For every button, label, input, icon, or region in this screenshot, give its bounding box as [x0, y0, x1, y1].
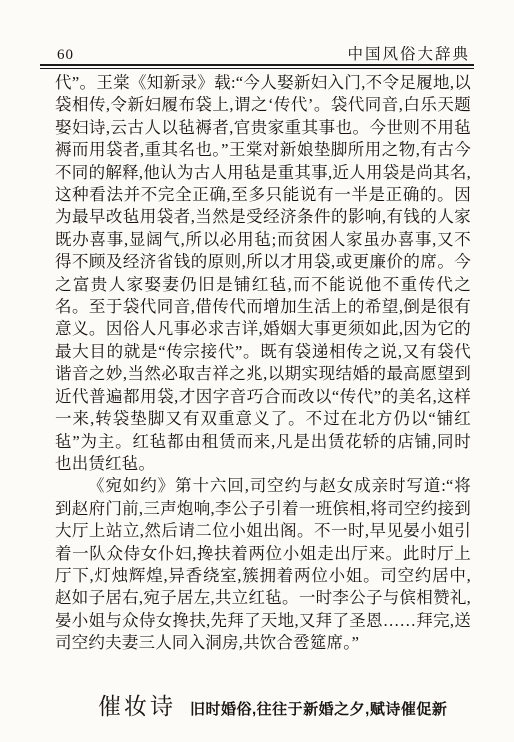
page-header: 60 中国风俗大辞典 — [57, 42, 470, 64]
entry-paragraph-continuation: 代”。王棠《知新录》载:“今人娶新妇入门,不令足履地,以袋相传,令新妇履布袋上,… — [55, 72, 471, 475]
dictionary-page: 60 中国风俗大辞典 代”。王棠《知新录》载:“今人娶新妇入门,不令足履地,以袋… — [0, 0, 514, 742]
entry-definition-start: 旧时婚俗,往往于新婚之夕,赋诗催促新 — [190, 700, 447, 720]
entry-body: 代”。王棠《知新录》载:“今人娶新妇入门,不令足履地,以袋相传,令新妇履布袋上,… — [55, 72, 471, 655]
page-number: 60 — [57, 47, 74, 64]
entry-paragraph-quotation: 《宛如约》第十六回,司空约与赵女成亲时写道:“将到赵府门前,三声炮响,李公子引着… — [55, 475, 471, 654]
header-rule — [40, 64, 474, 69]
entry-headword: 催妆诗 — [98, 688, 176, 721]
book-title: 中国风俗大辞典 — [347, 42, 470, 64]
next-entry: 催妆诗 旧时婚俗,往往于新婚之夕,赋诗催促新 — [98, 688, 470, 721]
